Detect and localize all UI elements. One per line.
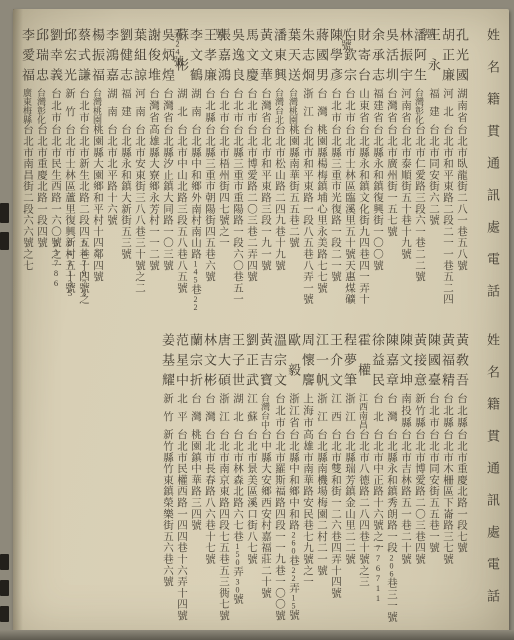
column-headers-upper: 姓名籍貫通訊處電話: [482, 28, 502, 316]
directory-entry: 王介文江西台北市雙和街一二六巷四弄十四號: [336, 333, 350, 635]
directory-entry: 吳活圳台灣省台北市廣州街一五七號: [392, 28, 406, 316]
binding-stitch: [0, 580, 9, 596]
binding-stitch: [0, 606, 9, 622]
entry-name: 姜基耀: [158, 333, 177, 393]
scan-frame: 姓名籍貫通訊處電話 孔光國湖南省台北市臥龍街二八一巷五八號 胡正廉河北台北市和平…: [0, 0, 514, 640]
directory-entry: 歐毅浙江省台北縣中和鄉中和路260巷22弄15號: [294, 333, 308, 635]
directory-entry: 蔣國男台灣桃園縣楊梅鎮埔心里永美路七七號: [322, 28, 336, 316]
directory-entry: 王孝廉台北縣台北縣三重市朝陽街四五巷六號: [210, 28, 224, 316]
directory-entry: 葉組諒河南台北市安東街三八八巷三十號之二: [140, 28, 154, 316]
directory-entry: 黃福精台北縣台北市木柵區下崙路三七號: [448, 333, 462, 635]
directory-entry: 孔光國湖南省台北市臥龍街二八一巷五八號: [462, 28, 476, 316]
column-headers-lower: 姓名籍貫通訊處電話: [482, 333, 502, 635]
directory-entry: 蔡式謙台北市台北市新生北路二段四五巷十四號之一547973: [84, 28, 98, 316]
directory-entry: 葉天送台灣桃園桃園縣南華街五五巷二號: [294, 28, 308, 316]
directory-entry: 吳炳煌台灣省台北縣汐止鎮大同路一〇三號: [168, 28, 182, 316]
directory-entry: 謝俊堆台灣省高雄縣大寮鄉永芳村一一二號: [154, 28, 168, 316]
directory-entry: 林文彬台灣台北市長春路八六巷十七號: [210, 333, 224, 635]
directory-entry: 徐益民台北台北市中正路十六號之一776711: [378, 333, 392, 635]
directory-entry: 陳嘉章台灣台北縣永和鎮秀朗路一段206巷三一號: [392, 333, 406, 635]
directory-entry: 王子世湖北台北市林森北路六七巷150弄30號: [238, 333, 252, 635]
directory-entry: 白欽宗台北市台北市士林區臨溪里五十號天惠煤礦: [350, 28, 364, 316]
directory-entry: 黃敎吾台北縣台北市重慶北路一段七號: [462, 333, 476, 635]
directory-entry: 江一帆浙江台北縣南機場梅園二村二一號: [322, 333, 336, 635]
directory-entry: 楊振福台灣桃園桃園縣大園鄉和平村十四鄰四號: [98, 28, 112, 316]
directory-entry: 陳文坤南投縣台北市吉林路五一巷二十號: [406, 333, 420, 635]
directory-entry: 林振宇河南省台北市泰順街五十巷十九號: [406, 28, 420, 316]
directory-entry: 潘東興台灣台北台北市松山路二四九巷十九號: [280, 28, 294, 316]
directory-entry: 黃文華台灣省台北市和平東路三段一九一號: [266, 28, 280, 316]
page: 姓名籍貫通訊處電話 孔光國湖南省台北市臥龍街二八一巷五八號 胡正廉河北台北市和平…: [13, 9, 509, 633]
entry-address: 新竹縣竹東鎮榮樂街五六巷六號: [162, 429, 173, 587]
directory-entry: 朱志烱浙江台北市和平東路一段八五巷八弄一號: [308, 28, 322, 316]
binding-stitch: [0, 232, 9, 250]
directory-entry: 潘阿生台灣彰化台北市仁愛路三段六一巷二二號: [420, 28, 434, 316]
directory-entry: 蘇彬湖北台北市中山北路三段五八巷八五號: [182, 28, 196, 316]
directory-entry: 陳國臺台北市台北市同安街五五巷一號: [434, 333, 448, 635]
directory-entry: 劉正武江蘇台北市景美區溪口街八七號: [252, 333, 266, 635]
directory-entry: 馬文慶台北市台北市博愛路二〇三巷二弄四號: [252, 28, 266, 316]
directory-entry: 劉幸義台北市台北市民生西路一六〇號之一53786: [56, 28, 70, 316]
directory-entry: 胡正廉河北台北市和平東路二段二一一巷五二四號: [448, 28, 462, 316]
entry-birthplace: 廣東梅縣: [21, 88, 34, 124]
directory-entry: 余承志福建省台北縣永和鎮復興街一〇〇號: [378, 28, 392, 316]
directory-entry: 范星中北平台北市民權西路一四四巷十六弄十四號: [182, 333, 196, 635]
directory-entry: 溫宗文台北市台北市羅斯福路四段一一九巷一〇〇號: [280, 333, 294, 635]
directory-entry: 李鴻嘉湖南台北市北平路十六號: [112, 28, 126, 316]
directory-entry: 唐大碩浙江台北市南京東路四段七五巷五三衖七號: [224, 333, 238, 635]
directory-entry: 姜基耀新竹新竹縣竹東鎮榮樂街五六巷六號: [168, 333, 182, 635]
directory-entry: 陳學彥台北市台北縣三重市光復路一段二一號: [336, 28, 350, 316]
directory-entry: 黃接意新竹縣台北市博愛路二〇三巷四號: [420, 333, 434, 635]
entry-address: 台北市南昌街二段六六號之七: [22, 124, 33, 271]
directory-entry: 程夢筆浙江台北縣瑞芳鎮金山里二二號: [350, 333, 364, 635]
lower-directory-block: 姓名籍貫通訊處電話 黃敎吾台北縣台北市重慶北路一段七號 黃福精台北縣台北市木柵區…: [168, 333, 502, 635]
directory-entry: 李文鶴湖南台北縣中和鄉外南村南山路145巷22弄24號: [196, 28, 210, 316]
directory-entry: 吳逸良台北市台北縣三重市重陽路一段六〇巷五一號: [238, 28, 252, 316]
directory-entry: 劉健志福建台北縣永和鎮大新街五三號: [126, 28, 140, 316]
upper-directory-block: 姓名籍貫通訊處電話 孔光國湖南省台北市臥龍街二八一巷五八號 胡正廉河北台北市和平…: [26, 28, 502, 316]
directory-entry: 黃吉寶台灣台中台中縣大安鄉西安村嘉福莊二十號: [266, 333, 280, 635]
directory-entry: 邱瑞忠台灣彰化台北市重慶北路一段四號: [42, 28, 56, 316]
directory-entry: 霍權江西南昌台北市八德路二八四巷十號之三: [364, 333, 378, 635]
binding-stitch: [0, 203, 9, 223]
directory-entry: 王永福建台北市同安街六二號: [434, 28, 448, 316]
directory-entry: 財寄台山東省台北縣永和鎮文化街九四巷四一弄十八號: [364, 28, 378, 316]
directory-entry: 蘭宗折台灣桃園鎮中華路三四號: [196, 333, 210, 635]
directory-entry: 邱宏光新竹台北市士林區蘆里復興新村五十號543135: [70, 28, 84, 316]
directory-entry: 張嘉鴻台北市台北市梧州街四七號之一: [224, 28, 238, 316]
directory-entry: 李愛福廣東梅縣台北市南昌街二段六六號之七: [28, 28, 42, 316]
directory-entry: 周懷麐上海市高雄市南華路安民巷七九號之一: [308, 333, 322, 635]
entry-birthplace: 新竹: [160, 393, 175, 429]
binding-stitch: [0, 554, 9, 570]
entry-name: 李愛福: [18, 28, 37, 88]
